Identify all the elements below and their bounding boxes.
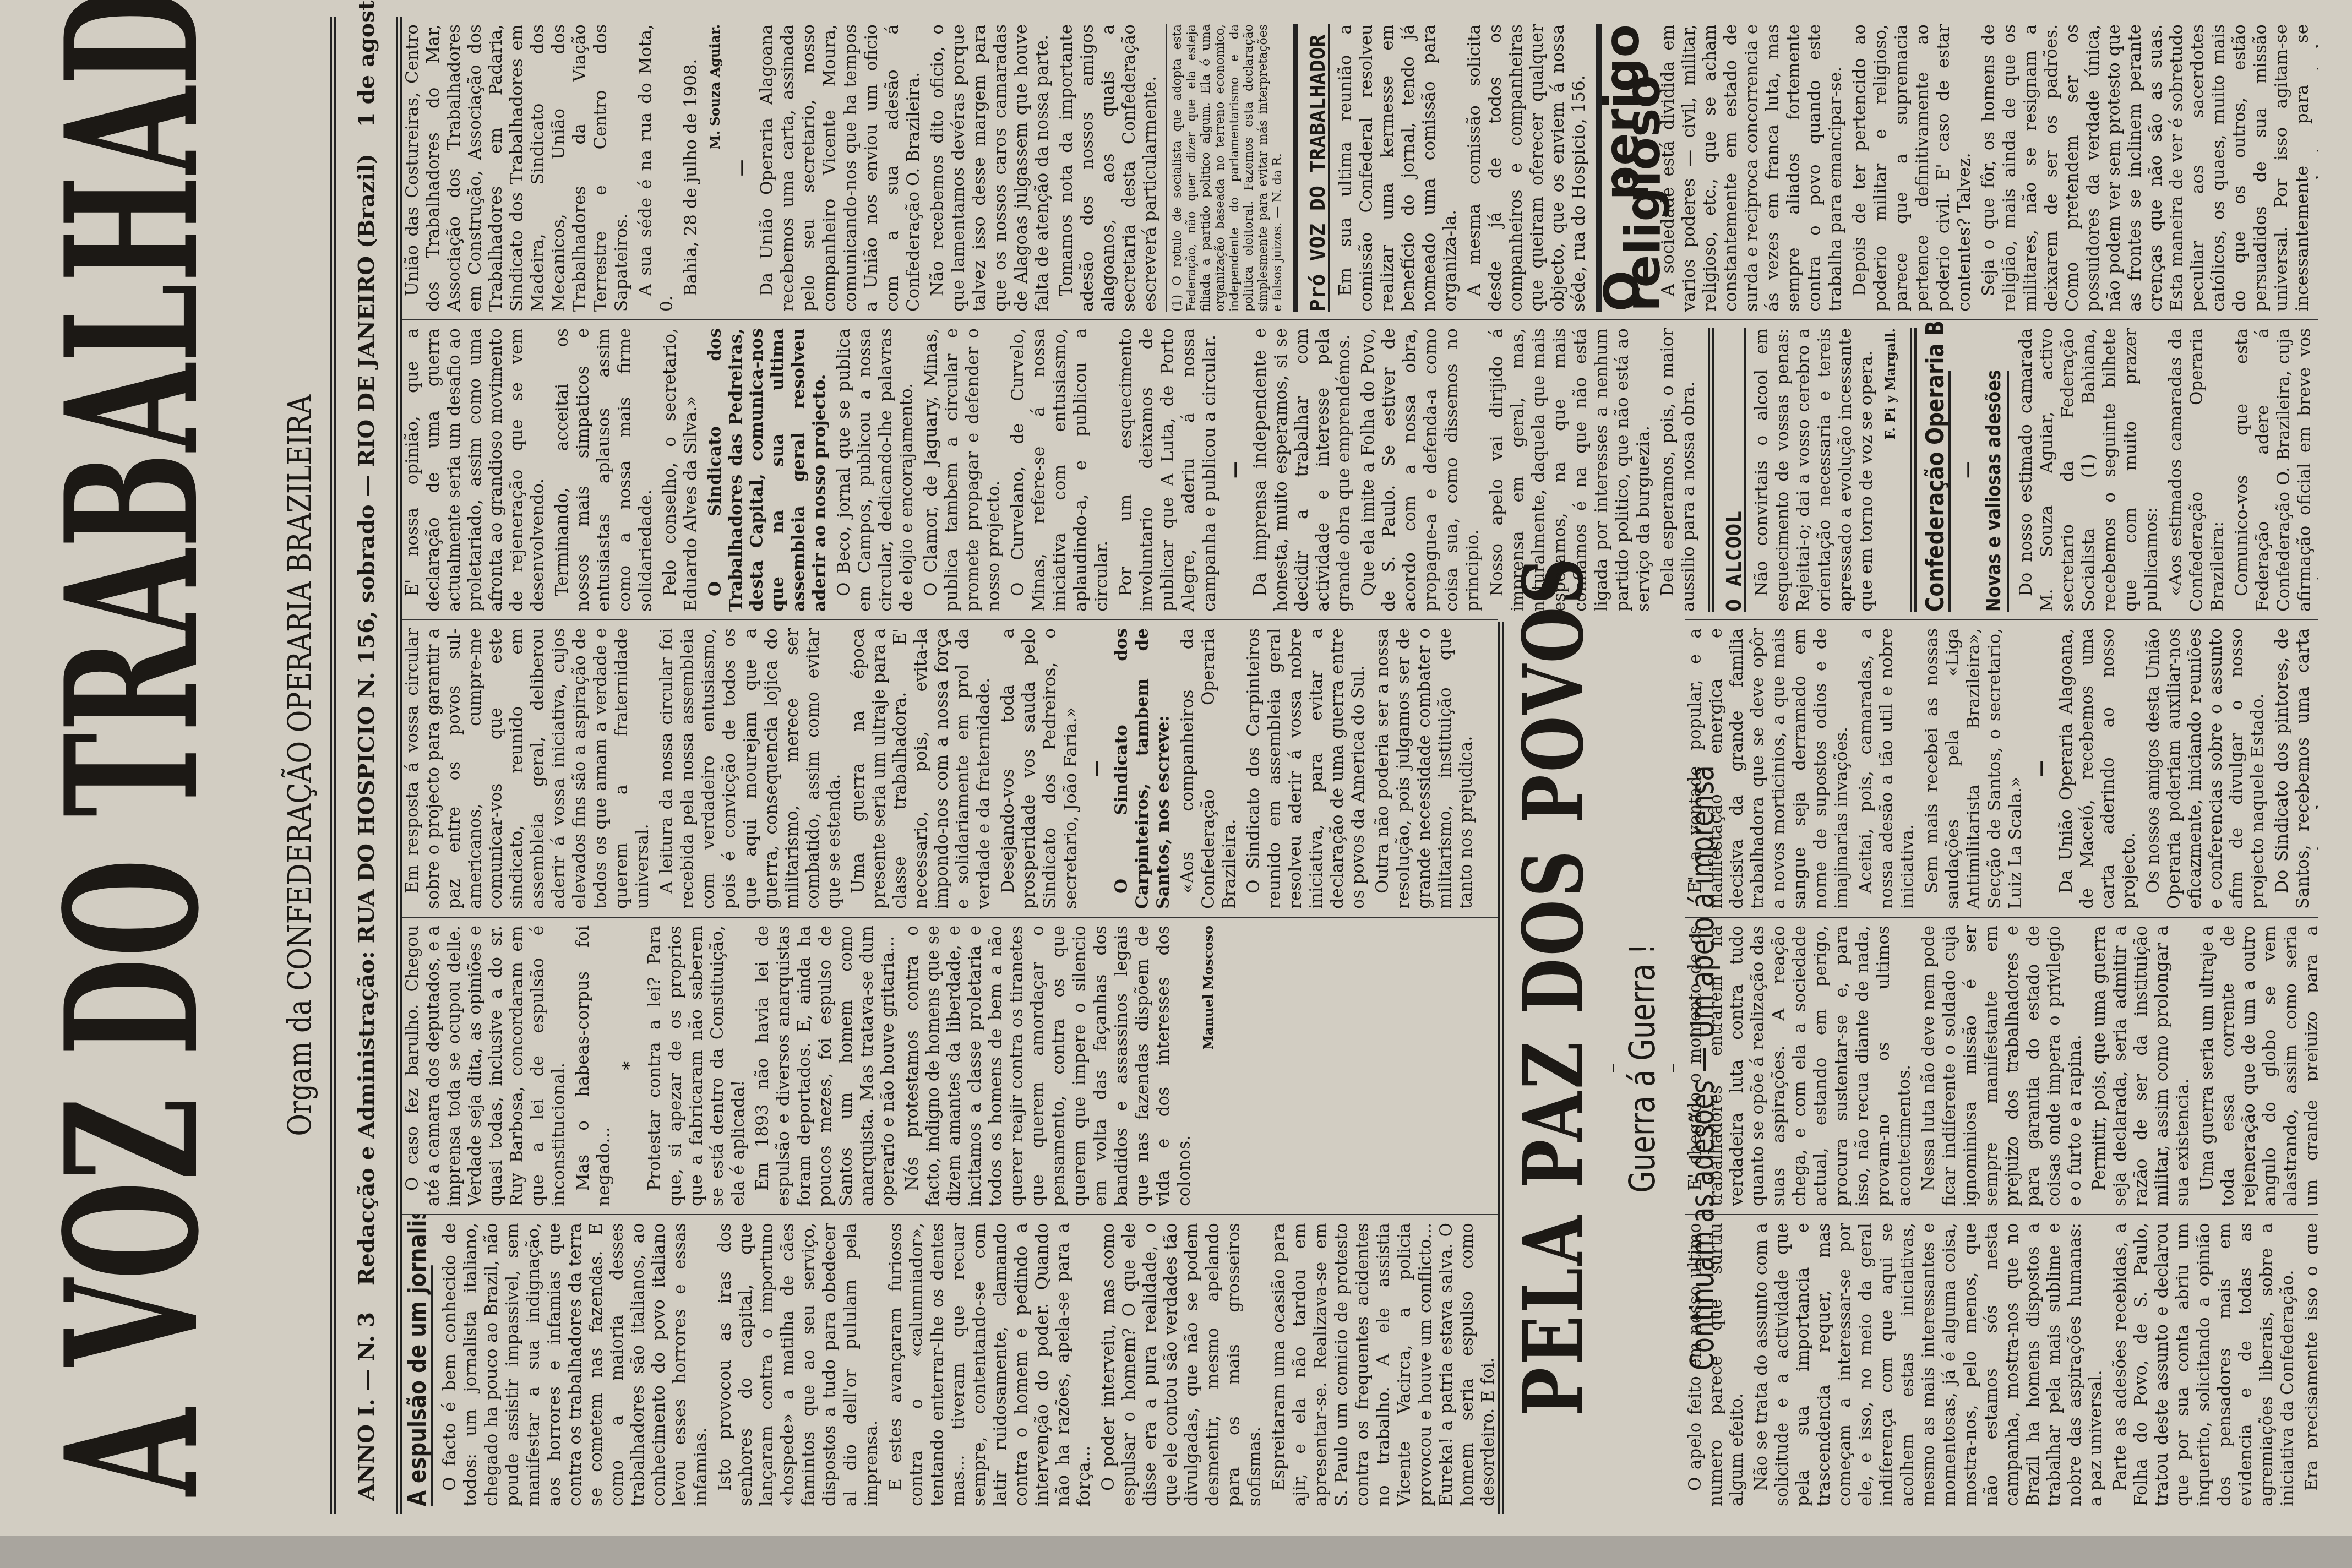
- paragraph: Da imprensa independente e honesta, muit…: [1250, 328, 1354, 612]
- paragraph: Protestar contra a lei? Para que, si ape…: [644, 925, 749, 1206]
- newspaper-title: A VOZ DO TRABALHADOR: [22, 35, 242, 1496]
- column-2: O caso fez barulho. Chegou até a camara …: [402, 917, 1498, 1214]
- paragraph: E' a vontade popular, e a manifestação e…: [1685, 628, 1852, 909]
- paragraph: A mesma comissão solicita desde já de to…: [1464, 24, 1589, 312]
- paragraph: Sem mais recebei as nossas saudações pel…: [1921, 628, 2026, 909]
- paragraph: «Aos companheiros da Confederação Operar…: [1177, 628, 1240, 909]
- paragraph: Seja o que fôr, os homens de religião, m…: [1978, 24, 2318, 312]
- paragraph: Era precisamente isso o que nós desejava…: [2301, 1223, 2318, 1506]
- paragraph: Isto provocou as iras dos senhores do ca…: [715, 1223, 882, 1506]
- article-title-confederacao: Confederação Operaria Brazileira: [1925, 371, 1951, 612]
- paragraph: Uma guerra na época presente seria um ul…: [848, 628, 994, 909]
- separator: —: [1224, 328, 1245, 612]
- paragraph: O Curvelano, de Curvelo, Minas, refere-s…: [1008, 328, 1112, 612]
- article-signature: F. Pi y Margall.: [1880, 328, 1901, 612]
- column-2-lower: E' chegado o momento de os trabalhadores…: [1685, 917, 2318, 1214]
- paragraph: Não se trata do assunto com a solicitude…: [1751, 1223, 2106, 1506]
- paragraph: Por um esquecimento involuntario deixamo…: [1115, 328, 1220, 612]
- editorial-address: Redacção e Administração: RUA DO HOSPICI…: [353, 140, 379, 1299]
- paragraph: Desejando-vos toda a prosperidade vos sa…: [998, 628, 1081, 909]
- paragraph: Dela esperamos, pois, o maior aussilio p…: [1657, 328, 1699, 612]
- separator: —: [1086, 628, 1107, 909]
- separator: *: [619, 925, 640, 1206]
- paragraph: Pelo conselho, o secretario, Eduardo Alv…: [660, 328, 701, 612]
- paragraph: Do nosso estimado camarada M. Souza Agui…: [2016, 328, 2162, 612]
- paragraph: Da União Operaria Alagoana, de Maceió, r…: [2056, 628, 2139, 909]
- column-4: E' nossa opinião, que a declaração de um…: [402, 319, 2318, 619]
- paragraph: Comunico-vos que esta Federação adere á …: [2231, 328, 2318, 612]
- paragraph: Em sua ultima reunião a comissão Confede…: [1335, 24, 1461, 312]
- pro-voz-box: Pró VOZ DO TRABALHADOR Em sua ultima reu…: [1293, 24, 1602, 312]
- issue-info-bar: ANNO I. — N. 3 Redacção e Administração:…: [330, 17, 402, 1514]
- paragraph: União das Costureiras, Centro dos Trabal…: [402, 24, 632, 312]
- paragraph: Mas o habeas-corpus foi negado...: [573, 925, 614, 1206]
- paragraph: «Aos estimados camaradas da Confederação…: [2165, 328, 2228, 612]
- paragraph: Tomamos nota da importante adesão dos no…: [1056, 24, 1161, 312]
- paragraph: Depois de ter pertencido ao poderio mili…: [1849, 24, 1975, 312]
- issue-date: 1 de agosto de 1908: [353, 0, 379, 140]
- paragraph: Uma guerra seria um ultraje a toda essa …: [2197, 925, 2318, 1206]
- column-5: União das Costureiras, Centro dos Trabal…: [402, 17, 2318, 319]
- separator: —: [1608, 622, 1618, 1514]
- article-title-espulsao: A espulsão de um jornalista: [407, 1265, 433, 1506]
- paragraph: Aceitai, pois, camaradas, a nossa adesão…: [1855, 628, 1918, 909]
- column-3: Em resposta á vossa circular sobre o pro…: [402, 619, 1498, 917]
- paragraph: Da União Operaria Alagoana recebemos uma…: [756, 24, 924, 312]
- paragraph: E' chegado o momento de os trabalhadores…: [1685, 925, 1915, 1206]
- paragraph: O Sindicato dos Trabalhadores das Pedrei…: [705, 328, 830, 612]
- paragraph: Nós protestamos contra o facto, indigno …: [902, 925, 1195, 1206]
- separator: —: [1668, 622, 1678, 1514]
- separator: —: [731, 24, 752, 312]
- paragraph: Os nossos amigos desta União Operaria po…: [2143, 628, 2268, 909]
- divider: [1910, 328, 1917, 612]
- paragraph: Do Sindicato dos pintores, de Santos, re…: [2272, 628, 2318, 909]
- paragraph: Parte as adesões recebidas, a Folha do P…: [2110, 1223, 2298, 1506]
- paragraph: O Sindicato dos Carpinteiros reunido em …: [1243, 628, 1369, 909]
- banner-subhead: Guerra á Guerra !: [1623, 711, 1663, 1425]
- paragraph: Terminando, acceitai os nossos mais simp…: [552, 328, 656, 612]
- footnote: (1) O rotulo de socialista que adopta es…: [1166, 24, 1285, 312]
- article-title-alcool: O ALCOOL: [1723, 328, 1746, 612]
- paragraph: O Clamor, de Jaguary, Minas, publica tam…: [921, 328, 1004, 612]
- column-1-lower: O apelo feito em nosso ultimo numero par…: [1685, 1214, 2318, 1514]
- paragraph: O poder interveiu, mas como espulsar o h…: [1098, 1223, 1265, 1506]
- article-subtitle-confederacao: Novas e valiosas adesões: [1984, 371, 2009, 612]
- paragraph: O Sindicato dos Carpinteiros, tambem de …: [1111, 628, 1174, 909]
- article-signature: Manuel Moscoso: [1198, 925, 1219, 1206]
- newspaper-page: A VOZ DO TRABALHADOR Orgam da CONFEDERAÇ…: [0, 0, 2352, 1536]
- article-signature: M. Souza Aguiar.: [705, 24, 726, 312]
- paragraph: Espreitaram uma ocasião para ajir, e ela…: [1268, 1223, 1498, 1506]
- paragraph: A sua séde é na rua do Mota, 0.: [635, 24, 677, 312]
- paragraph: Não convirtais o alcool em esquecimento …: [1751, 328, 1877, 612]
- newspaper-subtitle: Orgam da CONFEDERAÇÃO OPERARIA BRAZILEIR…: [281, 138, 318, 1392]
- separator: —: [1957, 328, 1978, 612]
- divider: [1708, 328, 1714, 612]
- masthead: A VOZ DO TRABALHADOR: [22, 28, 281, 1503]
- article-columns: A espulsão de um jornalista O facto é be…: [402, 17, 2318, 1514]
- column-1: A espulsão de um jornalista O facto é be…: [402, 1214, 1498, 1514]
- paragraph: Bahia, 28 de julho de 1908.: [680, 24, 701, 312]
- paragraph: Em resposta á vossa circular sobre o pro…: [402, 628, 653, 909]
- paragraph: A sociedade está dividida em varios pode…: [1658, 24, 1846, 312]
- paragraph: Que ela imite a Folha do Povo, de S. Pau…: [1358, 328, 1483, 612]
- paragraph: O facto é bem conhecido de todos: um jor…: [439, 1223, 711, 1506]
- paragraph: A leitura da nossa circular foi recebida…: [656, 628, 845, 909]
- separator: —: [2030, 628, 2051, 909]
- paragraph: E' nossa opinião, que a declaração de um…: [402, 328, 548, 612]
- paragraph: O caso fez barulho. Chegou até a camara …: [402, 925, 569, 1206]
- issue-number: ANNO I. — N. 3: [353, 1299, 379, 1514]
- paragraph: E estes avançaram furiosos contra o «cal…: [885, 1223, 1095, 1506]
- article-title-perigo: O perigo religioso: [1611, 24, 1653, 312]
- scanner-edge: [0, 1536, 2352, 1568]
- paragraph: Nosso apelo vai dirijido á imprensa em g…: [1487, 328, 1654, 612]
- banner-headline: PELA PAZ DOS POVOS: [1504, 720, 1603, 1416]
- column-3-lower: E' a vontade popular, e a manifestação e…: [1685, 619, 2318, 917]
- article-title-pro-voz: Pró VOZ DO TRABALHADOR: [1307, 24, 1330, 312]
- paragraph: O apelo feito em nosso ultimo numero par…: [1685, 1223, 1747, 1506]
- paragraph: Outra não poderia ser a nossa resolução,…: [1372, 628, 1477, 909]
- paragraph: Em 1893 não havia lei de espulsão e dive…: [752, 925, 899, 1206]
- article-body-espulsao: O facto é bem conhecido de todos: um jor…: [439, 1223, 1498, 1506]
- paragraph: Permitir, pois, que uma guerra seja decl…: [2089, 925, 2193, 1206]
- paragraph: Não recebemos dito oficio, o que lamenta…: [927, 24, 1053, 312]
- paragraph: O Beco, jornal que se publica em Campos,…: [834, 328, 917, 612]
- paragraph: Nessa luta não deve nem pode ficar indif…: [1918, 925, 2086, 1206]
